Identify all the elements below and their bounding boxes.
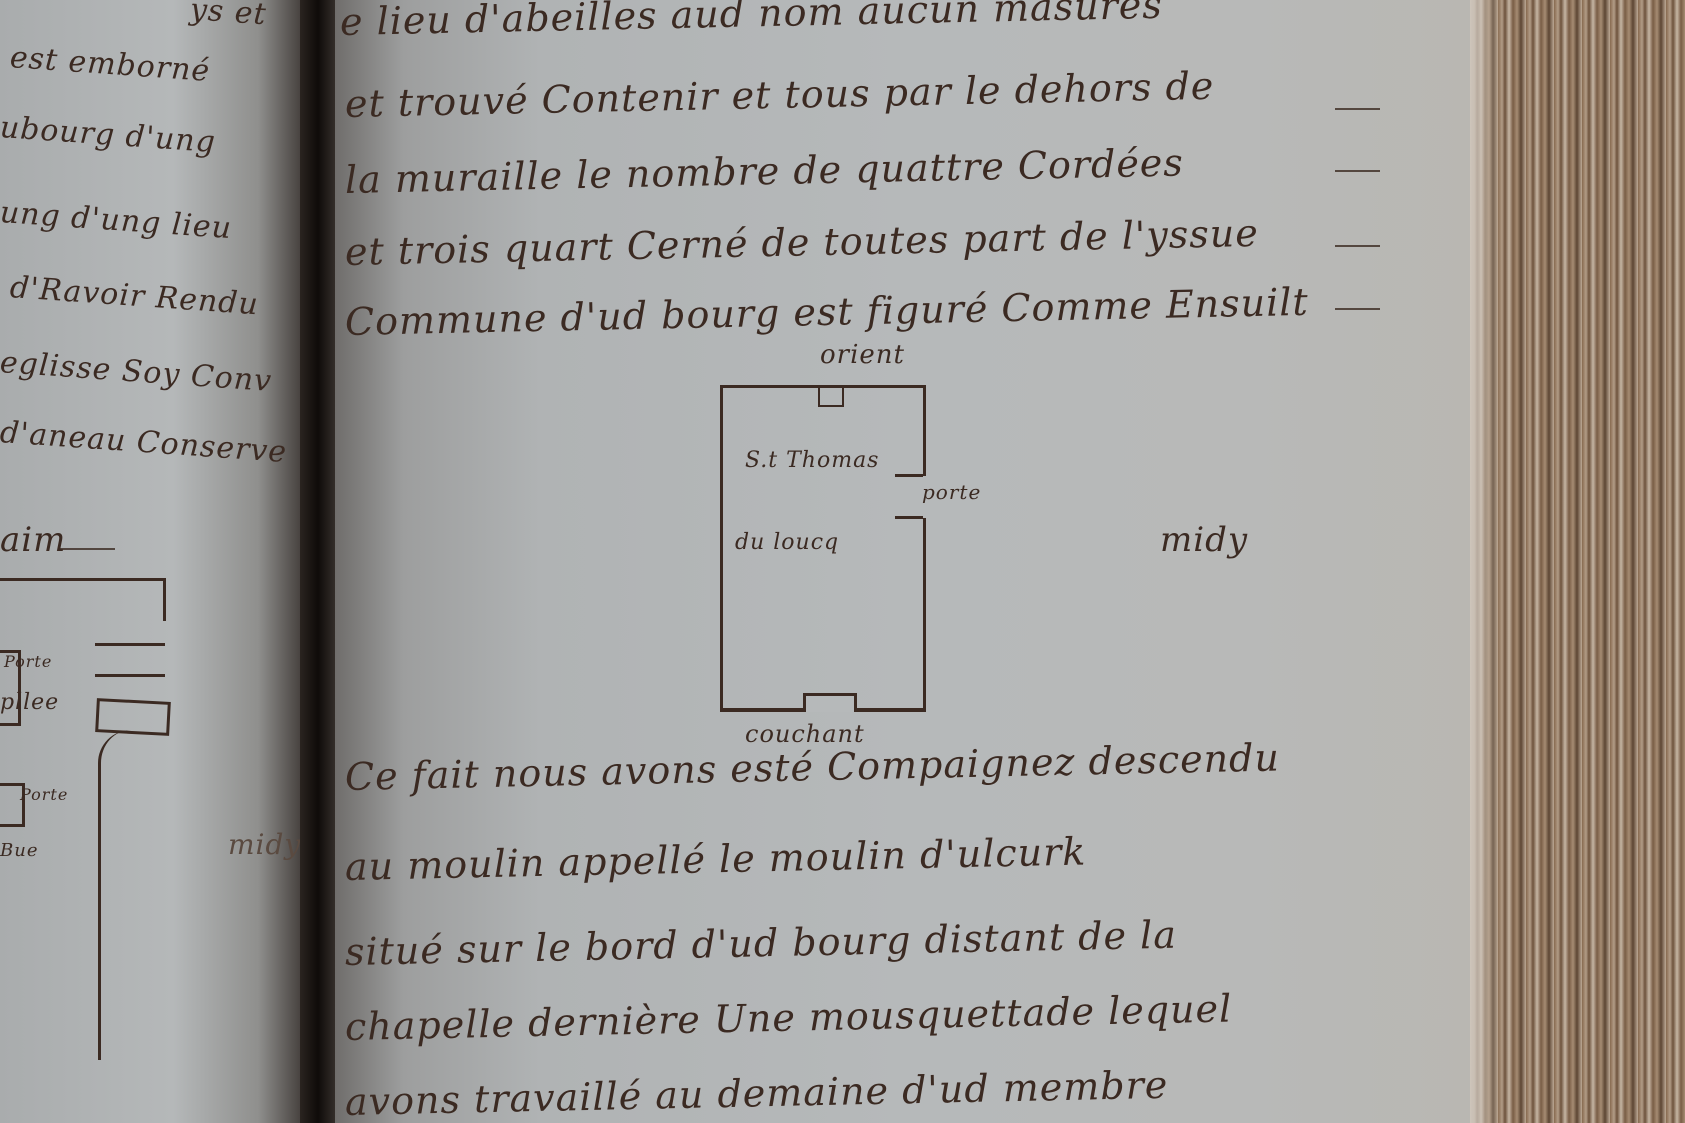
sketch-box <box>95 698 171 736</box>
book-gutter <box>300 0 340 1123</box>
sketch-label: pllee <box>0 690 59 715</box>
plan-notch-top <box>818 385 844 407</box>
sketch-label: Porte <box>20 785 68 804</box>
left-line: d'Ravoir Rendu <box>9 270 260 322</box>
plan-saint-label: S.t Thomas <box>745 448 879 473</box>
margin-label-midy: midy <box>228 828 301 861</box>
sketch-wall <box>0 578 166 621</box>
line-filler <box>1335 170 1380 172</box>
plan-notch-bottom <box>803 693 857 712</box>
plan-place-label: du loucq <box>735 530 839 555</box>
left-line: ung d'ung lieu <box>0 195 233 246</box>
left-line: ys et <box>189 0 268 32</box>
left-line: d'aneau Conserve <box>0 415 288 470</box>
plan-door-label: porte <box>922 480 981 504</box>
line-filler <box>1335 108 1380 110</box>
left-line: ubourg d'ung <box>0 110 217 160</box>
plan-door-jamb <box>895 474 923 477</box>
sketch-label: Porte <box>4 652 52 671</box>
left-line: aim <box>0 520 66 560</box>
left-line: eglisse Soy Conv <box>0 345 273 399</box>
left-line: est emborné <box>9 40 212 89</box>
sketch-label: Bue <box>0 840 38 861</box>
line-filler <box>1335 245 1380 247</box>
page-stack-edge <box>1470 0 1685 1123</box>
plan-east-label: midy <box>1160 520 1248 560</box>
sketch-hatch <box>95 643 165 677</box>
plan-door-jamb <box>895 516 923 519</box>
sketch-curve <box>98 730 131 1060</box>
line-filler <box>1335 308 1380 310</box>
manuscript-photo: ys et est emborné ubourg d'ung ung d'ung… <box>0 0 1685 1123</box>
plan-north-label: orient <box>820 340 905 370</box>
underline <box>60 548 115 550</box>
left-page: ys et est emborné ubourg d'ung ung d'ung… <box>0 0 315 1123</box>
